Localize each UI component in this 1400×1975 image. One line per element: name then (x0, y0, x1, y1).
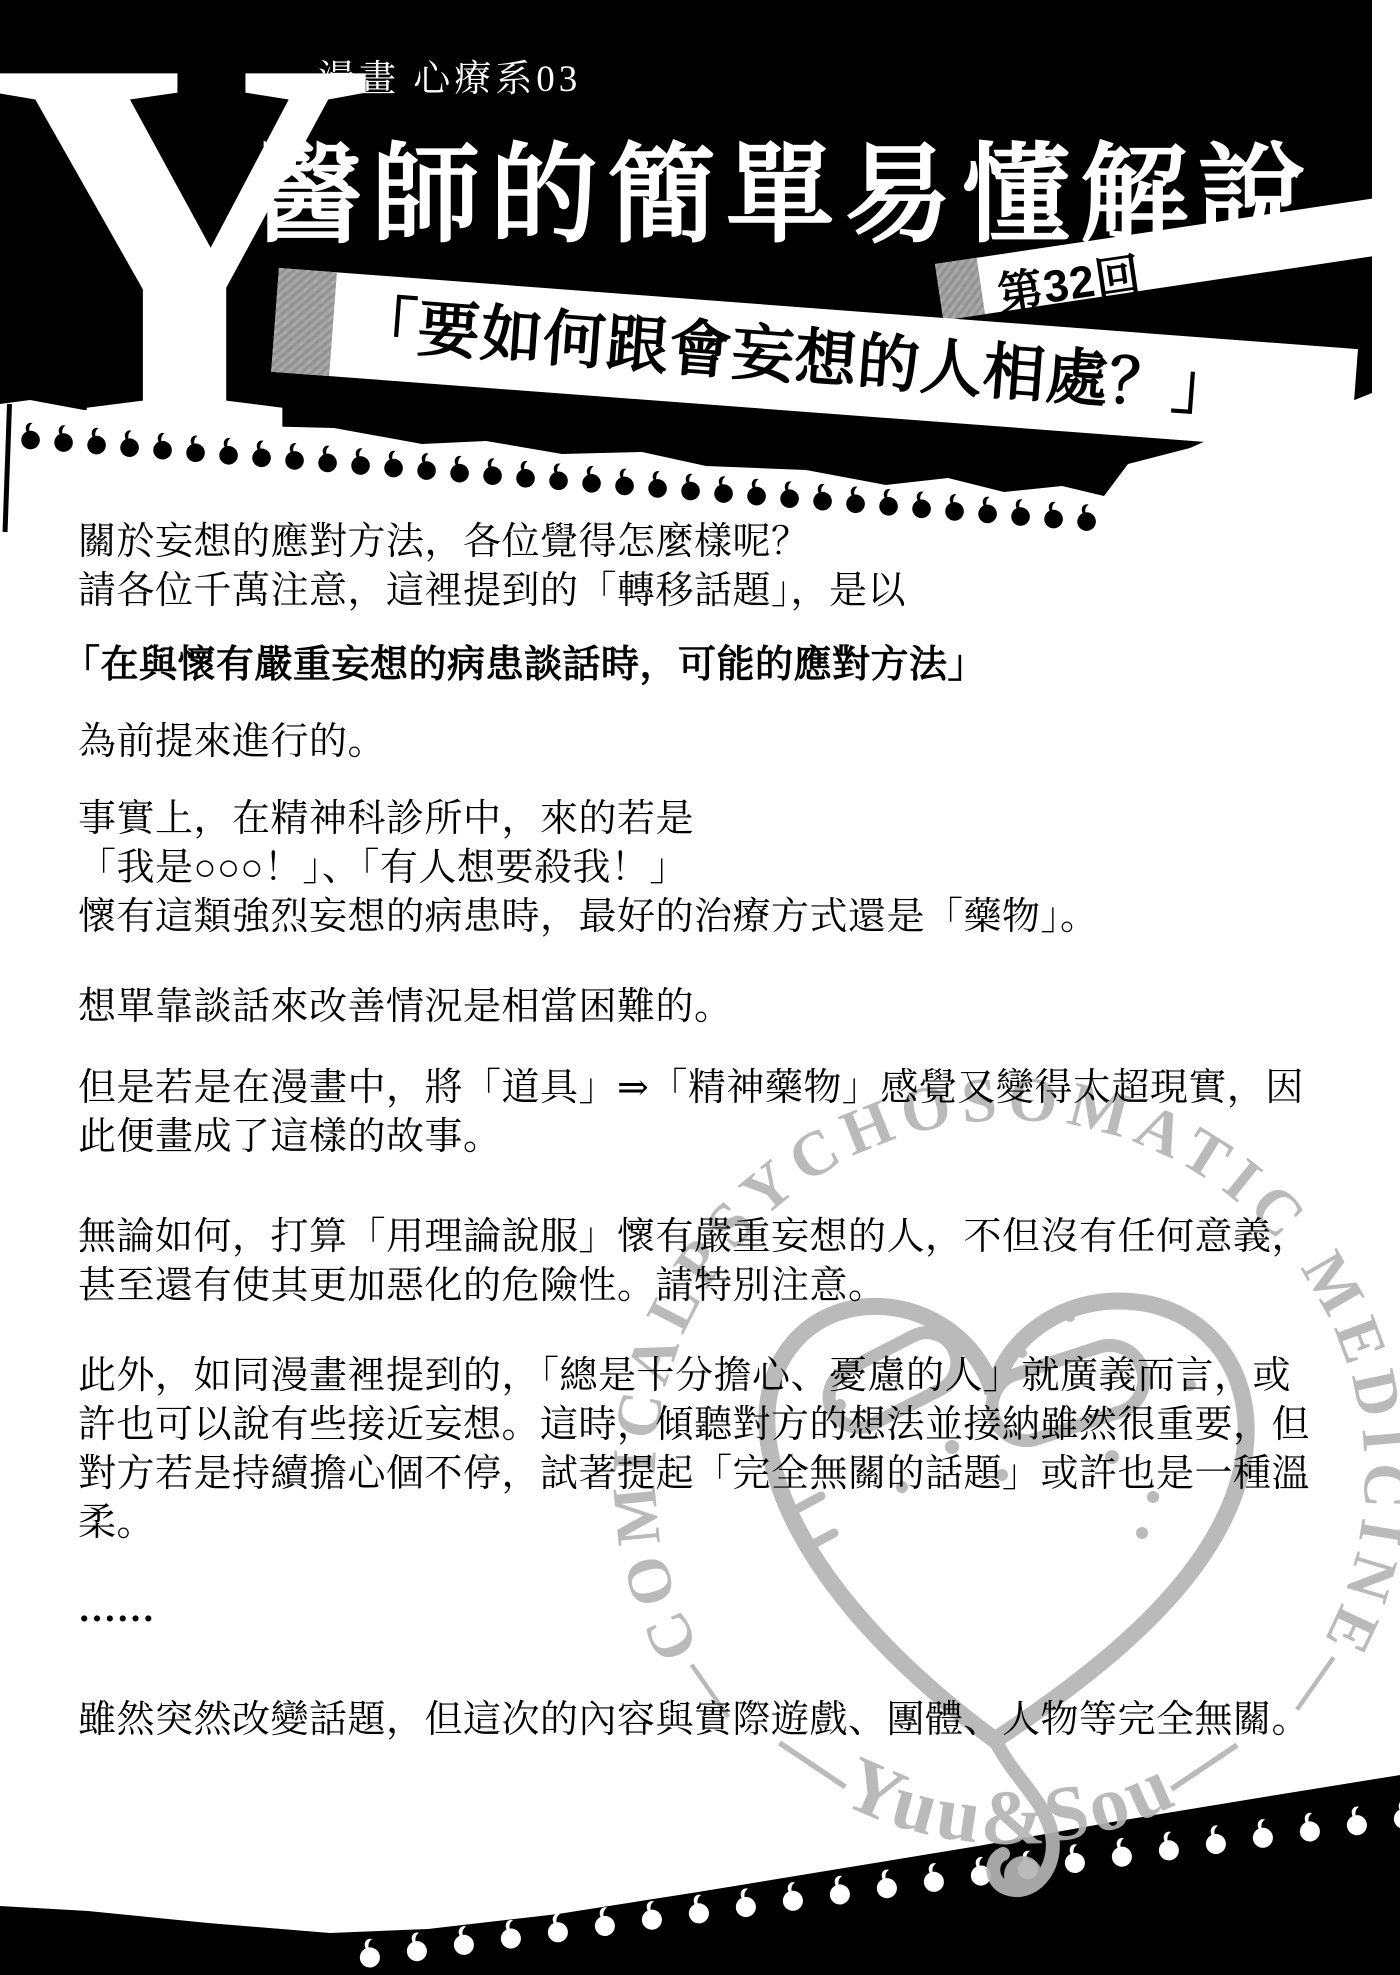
afterword-paragraph-1: 關於妄想的應對方法，各位覺得怎麼樣呢？ 請各位千萬注意，這裡提到的「轉移話題」，… (78, 518, 1400, 616)
afterword-paragraph-4: 事實上，在精神科診所中，來的若是 「我是○○○！」、「有人想要殺我！」 懷有這類… (78, 795, 1400, 942)
afterword-paragraph-2-quote: 「在與懷有嚴重妄想的病患談話時，可能的應對方法」 (62, 641, 1392, 690)
series-label: 漫畫 心療系03 (318, 48, 581, 102)
afterword-paragraph-6: 但是若是在漫畫中，將「道具」⇒「精神藥物」感覺又變得太超現實，因 此便畫成了這樣… (78, 1064, 1400, 1162)
manga-afterword-page: —COMICALPSYCHOSOMATIC MEDICINE— —Yuu&Sou… (0, 0, 1400, 1975)
title-banner-end-cap (271, 268, 337, 376)
afterword-ellipsis: …… (78, 1585, 1400, 1634)
episode-band-end-cap (935, 258, 985, 321)
afterword-paragraph-3: 為前提來進行的。 (78, 718, 1400, 767)
afterword-paragraph-8: 此外，如同漫畫裡提到的，「總是十分擔心、憂慮的人」就廣義而言，或 許也可以說有些… (78, 1352, 1400, 1548)
afterword-disclaimer: 雖然突然改變話題，但這次的內容與實際遊戲、團體、人物等完全無關。 (78, 1696, 1400, 1745)
afterword-paragraph-5: 想單靠談話來改善情況是相當困難的。 (78, 983, 1400, 1032)
afterword-paragraph-7: 無論如何，打算「用理論說服」懷有嚴重妄想的人，不但沒有任何意義， 甚至還有使其更… (78, 1213, 1400, 1311)
